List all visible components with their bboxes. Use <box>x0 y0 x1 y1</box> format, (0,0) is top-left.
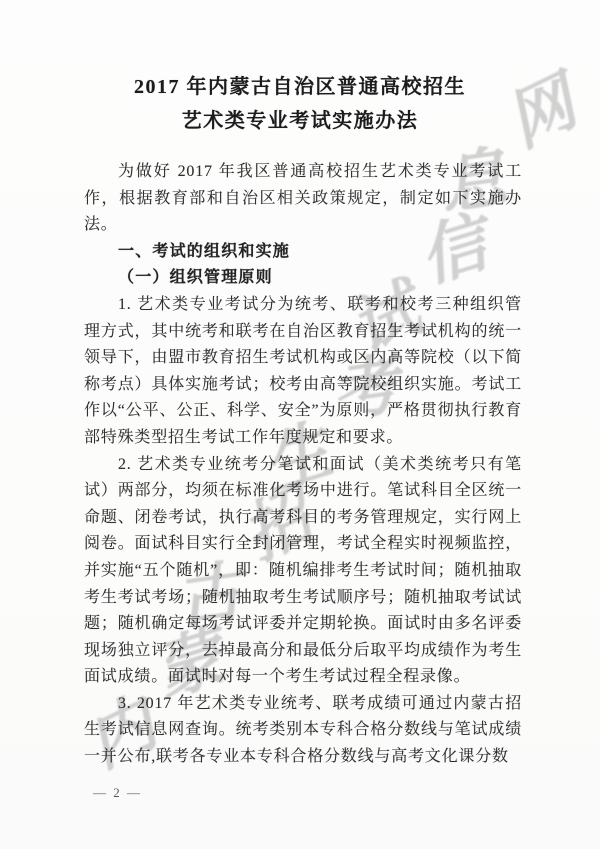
document-body: 为做好 2017 年我区普通高校招生艺术类专业考试工作，根据教育部和自治区相关政… <box>84 159 522 771</box>
page-title: 2017 年内蒙古自治区普通高校招生 艺术类专业考试实施办法 <box>0 70 600 138</box>
paragraph: 3. 2017 年艺术类专业统考、联考成绩可通过内蒙古招生考试信息网查询。统考类… <box>84 691 522 771</box>
page-number: — 2 — <box>93 785 142 801</box>
paragraph: 2. 艺术类专业统考分笔试和面试（美术类统考只有笔试）两部分，均须在标准化考场中… <box>84 452 522 691</box>
title-line-2: 艺术类专业考试实施办法 <box>0 104 600 138</box>
title-line-1: 2017 年内蒙古自治区普通高校招生 <box>0 70 600 104</box>
section-heading: 一、考试的组织和实施 <box>84 239 522 266</box>
paragraph: 1. 艺术类专业考试分为统考、联考和校考三种组织管理方式，其中统考和联考在自治区… <box>84 292 522 452</box>
section-heading: （一）组织管理原则 <box>84 265 522 292</box>
paragraph: 为做好 2017 年我区普通高校招生艺术类专业考试工作，根据教育部和自治区相关政… <box>84 159 522 239</box>
scanned-document-page: 内蒙古招生考试信息网 2017 年内蒙古自治区普通高校招生 艺术类专业考试实施办… <box>0 0 600 849</box>
